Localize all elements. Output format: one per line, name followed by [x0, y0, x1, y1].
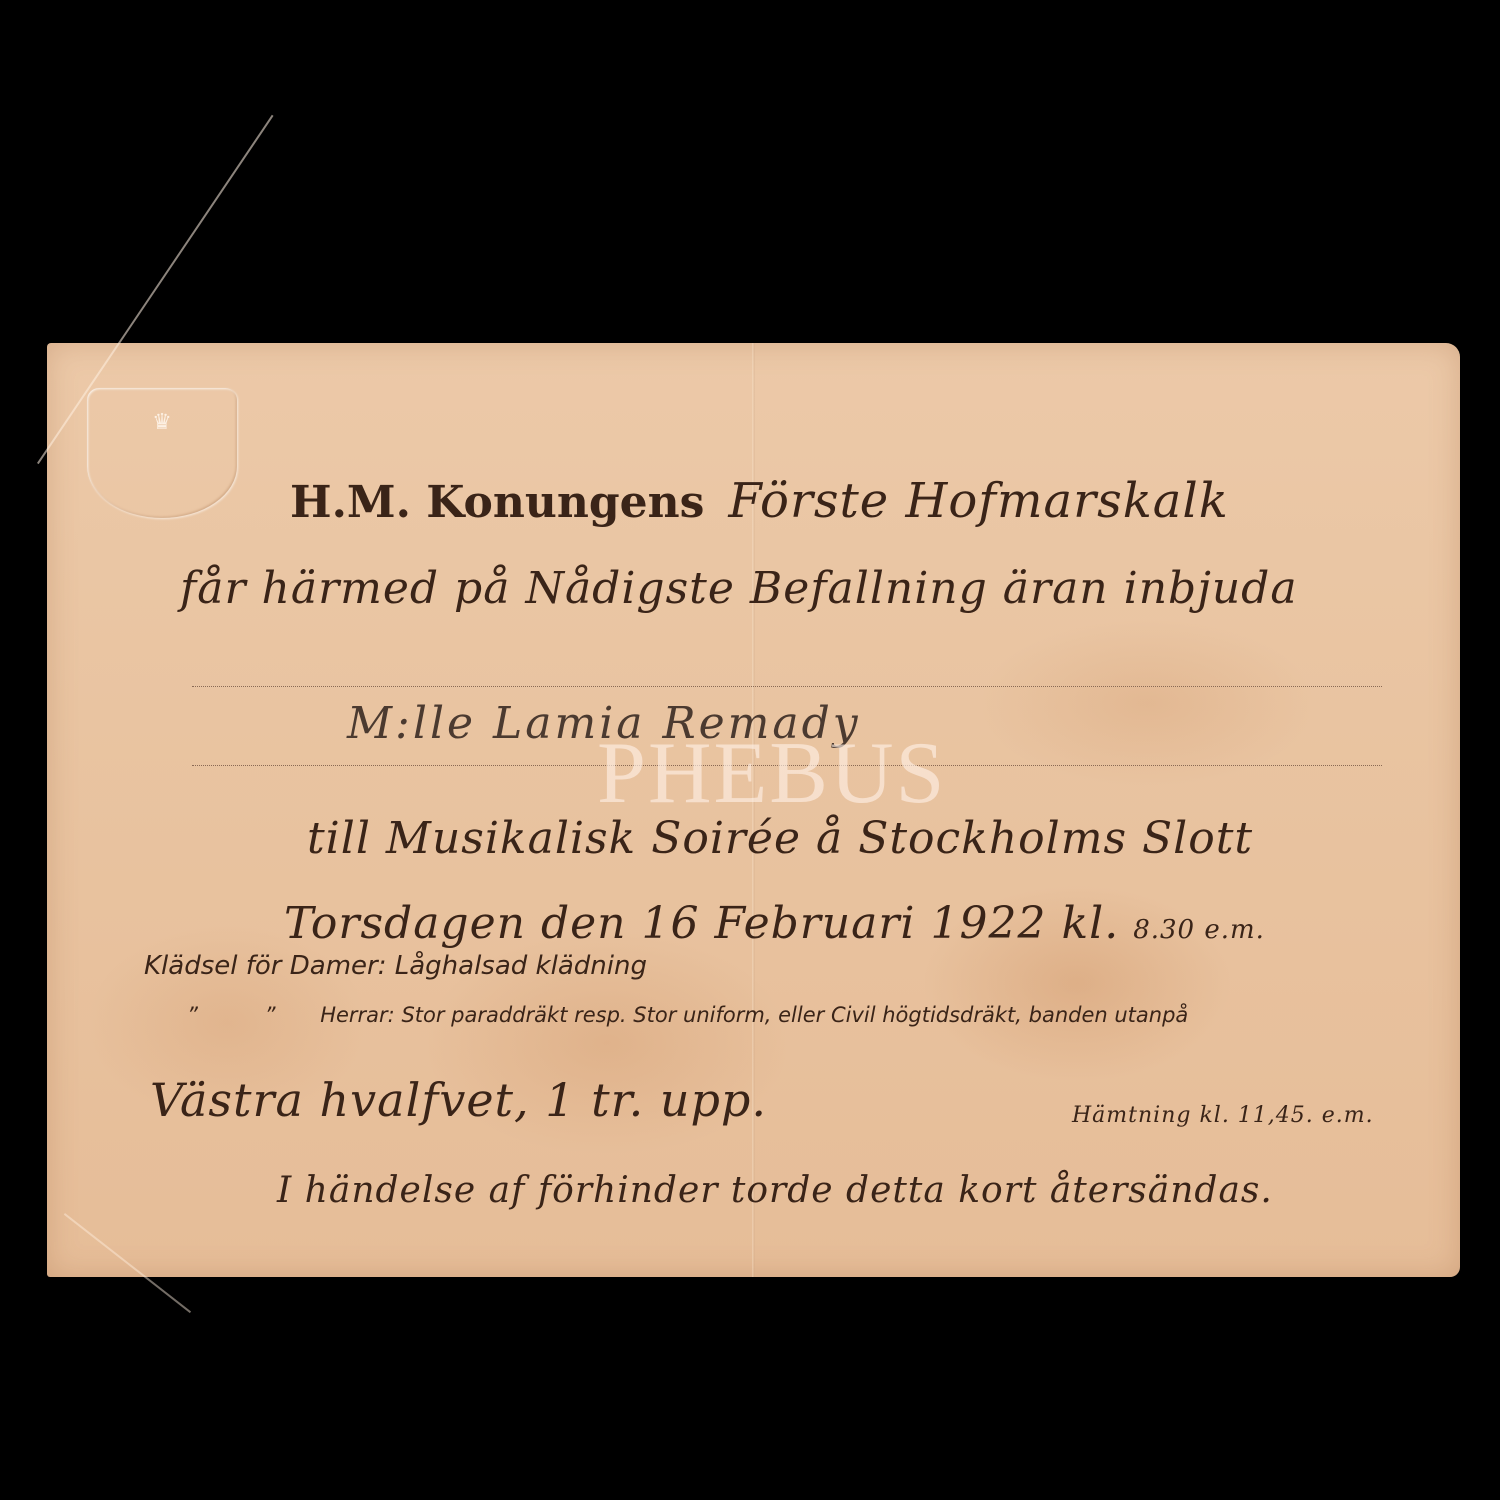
title-blackletter: H.M. Konungens	[290, 477, 704, 528]
invitation-line: får härmed på Nådigste Befallning äran i…	[180, 563, 1298, 614]
watermark: PHEBUS	[597, 723, 946, 824]
event-time: 8.30 e.m.	[1133, 915, 1265, 945]
dress-gentlemen-value: Stor paraddräkt resp. Stor uniform, elle…	[401, 1003, 1188, 1027]
title-script: Förste Hofmarskalk	[728, 473, 1228, 529]
dress-ladies-label: Klädsel för Damer:	[144, 951, 386, 981]
invitation-card: ♛ H.M. Konungens Förste Hofmarskalk får …	[47, 343, 1460, 1277]
footer-note: I händelse af förhinder torde detta kort…	[277, 1170, 1273, 1211]
dress-ladies-value: Låghalsad klädning	[395, 951, 647, 981]
card-crease	[64, 1213, 191, 1313]
dress-gentlemen-label: Herrar:	[320, 1003, 395, 1027]
event-date: Torsdagen den 16 Februari 1922 kl.	[284, 898, 1119, 949]
event-line: till Musikalisk Soirée å Stockholms Slot…	[307, 813, 1253, 864]
pickup-time: Hämtning kl. 11,45. e.m.	[1072, 1103, 1374, 1128]
ditto-marks: ” ”	[187, 1003, 276, 1027]
dotted-line	[192, 686, 1382, 687]
embossed-coat-of-arms-icon: ♛	[87, 388, 237, 518]
entrance: Västra hvalfvet, 1 tr. upp.	[150, 1073, 767, 1127]
